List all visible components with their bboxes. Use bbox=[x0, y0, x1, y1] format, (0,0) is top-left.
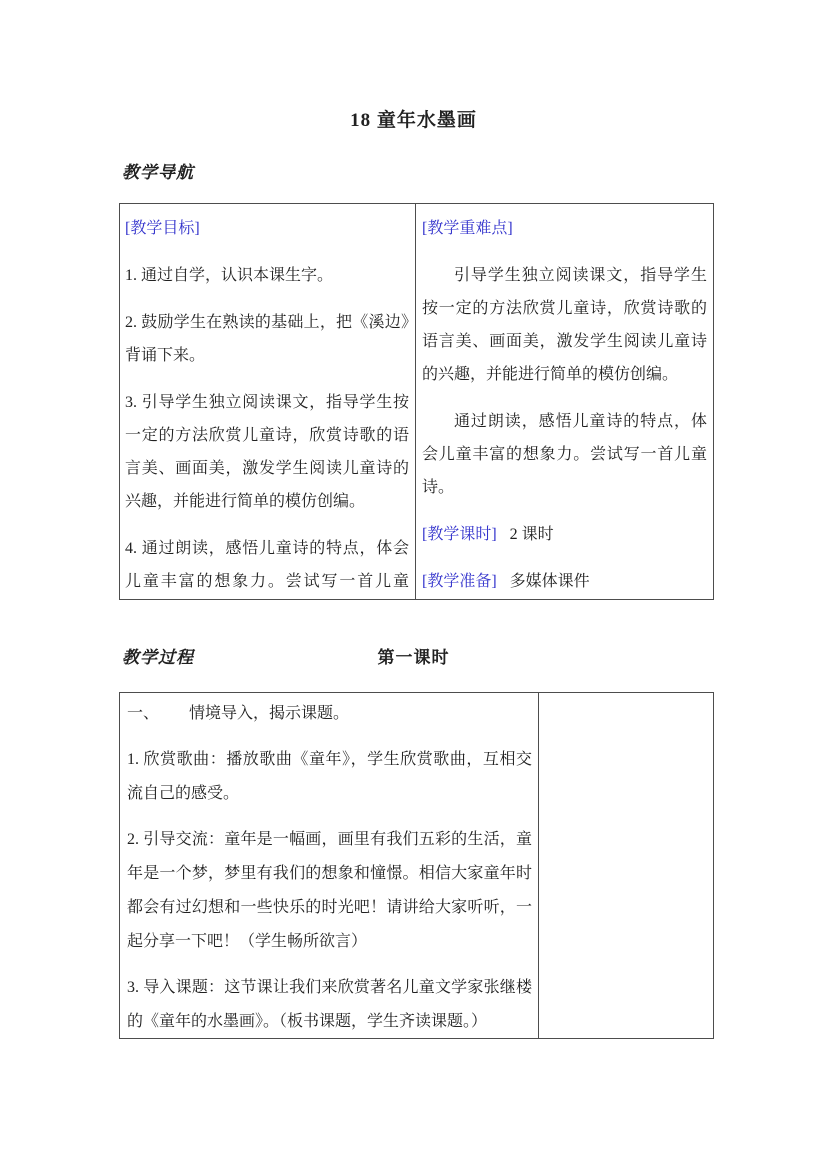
lesson-title: 第一课时 bbox=[0, 646, 827, 670]
goal-item: 2. 鼓励学生在熟读的基础上，把《溪边》背诵下来。 bbox=[125, 306, 409, 372]
notes-cell bbox=[539, 693, 713, 1038]
key-point-paragraph: 引导学生独立阅读课文，指导学生按一定的方法欣赏儿童诗，欣赏诗歌的语言美、画面美，… bbox=[422, 259, 707, 391]
key-points-label: [教学重难点] bbox=[422, 212, 707, 245]
goal-item: 4. 通过朗读，感悟儿童诗的特点，体会儿童丰富的想象力。尝试写一首儿童诗。 bbox=[125, 532, 409, 599]
document-page: 18 童年水墨画 教学导航 [教学目标] 1. 通过自学，认识本课生字。 2. … bbox=[0, 0, 827, 1169]
process-paragraph: 3. 导入课题：这节课让我们来欣赏著名儿童文学家张继楼的《童年的水墨画》。（板书… bbox=[127, 971, 532, 1038]
prep-label: [教学准备] bbox=[422, 573, 497, 590]
section-title: 情境导入，揭示课题。 bbox=[189, 705, 349, 722]
prep-value: 多媒体课件 bbox=[510, 573, 590, 590]
section-heading-row: 一、情境导入，揭示课题。 bbox=[127, 697, 532, 731]
prep-row: [教学准备]多媒体课件 bbox=[422, 565, 707, 598]
process-paragraph: 1. 欣赏歌曲：播放歌曲《童年》，学生欣赏歌曲，互相交流自己的感受。 bbox=[127, 743, 532, 811]
nav-section-heading: 教学导航 bbox=[122, 161, 194, 185]
key-points-cell: [教学重难点] 引导学生独立阅读课文，指导学生按一定的方法欣赏儿童诗，欣赏诗歌的… bbox=[416, 204, 713, 599]
teaching-nav-table: [教学目标] 1. 通过自学，认识本课生字。 2. 鼓励学生在熟读的基础上，把《… bbox=[119, 203, 714, 600]
section-number: 一、 bbox=[127, 705, 159, 722]
periods-value: 2 课时 bbox=[510, 526, 554, 543]
key-point-paragraph: 通过朗读，感悟儿童诗的特点，体会儿童丰富的想象力。尝试写一首儿童诗。 bbox=[422, 405, 707, 504]
goal-item: 3. 引导学生独立阅读课文，指导学生按一定的方法欣赏儿童诗，欣赏诗歌的语言美、画… bbox=[125, 386, 409, 518]
goals-label: [教学目标] bbox=[125, 212, 409, 245]
periods-label: [教学课时] bbox=[422, 526, 497, 543]
process-table: 一、情境导入，揭示课题。 1. 欣赏歌曲：播放歌曲《童年》，学生欣赏歌曲，互相交… bbox=[119, 692, 714, 1039]
goals-cell: [教学目标] 1. 通过自学，认识本课生字。 2. 鼓励学生在熟读的基础上，把《… bbox=[120, 204, 416, 599]
process-content-cell: 一、情境导入，揭示课题。 1. 欣赏歌曲：播放歌曲《童年》，学生欣赏歌曲，互相交… bbox=[120, 693, 539, 1038]
periods-row: [教学课时]2 课时 bbox=[422, 518, 707, 551]
page-title: 18 童年水墨画 bbox=[0, 108, 827, 134]
goal-item: 1. 通过自学，认识本课生字。 bbox=[125, 259, 409, 292]
process-paragraph: 2. 引导交流：童年是一幅画，画里有我们五彩的生活，童年是一个梦，梦里有我们的想… bbox=[127, 823, 532, 959]
